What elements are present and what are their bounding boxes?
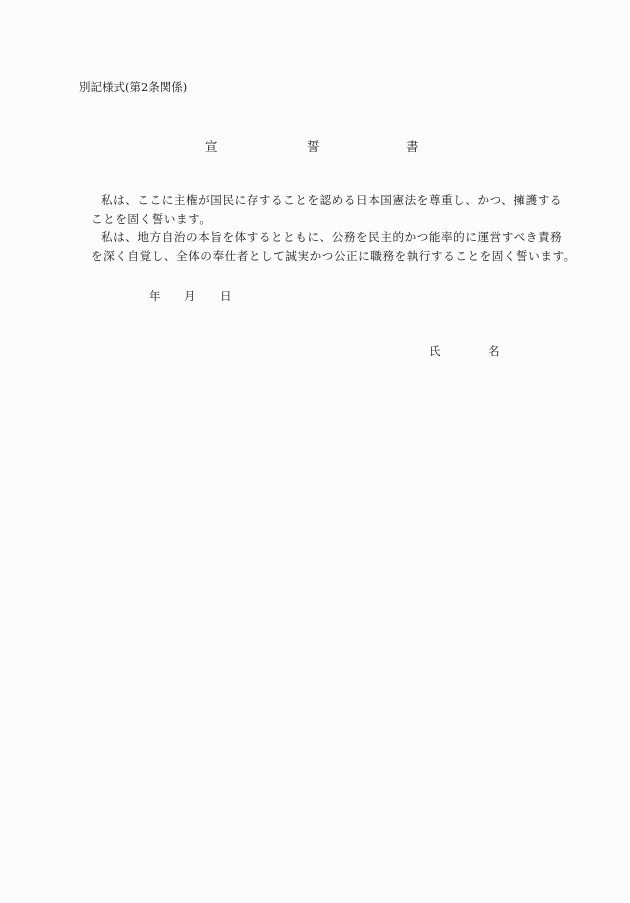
paragraph-line: ことを固く誓います。 xyxy=(91,211,212,227)
title-char-3: 書 xyxy=(406,137,419,155)
signature-name-label-1: 氏 xyxy=(429,343,441,359)
signature-name-label-2: 名 xyxy=(488,343,500,359)
date-day-label: 日 xyxy=(220,288,232,304)
paragraph-line: を深く自覚し、全体の奉仕者として誠実かつ公正に職務を執行することを固く誓います。 xyxy=(91,248,576,264)
date-year-label: 年 xyxy=(149,288,161,304)
paragraph-line: 私は、ここに主権が国民に存することを認める日本国憲法を尊重し、かつ、擁護する xyxy=(101,192,562,208)
form-label: 別記様式(第2条関係) xyxy=(79,79,187,95)
date-month-label: 月 xyxy=(184,288,196,304)
title-char-2: 誓 xyxy=(307,137,320,155)
paragraph-line: 私は、地方自治の本旨を体するとともに、公務を民主的かつ能率的に運営すべき責務 xyxy=(101,229,562,245)
title-char-1: 宣 xyxy=(205,137,218,155)
